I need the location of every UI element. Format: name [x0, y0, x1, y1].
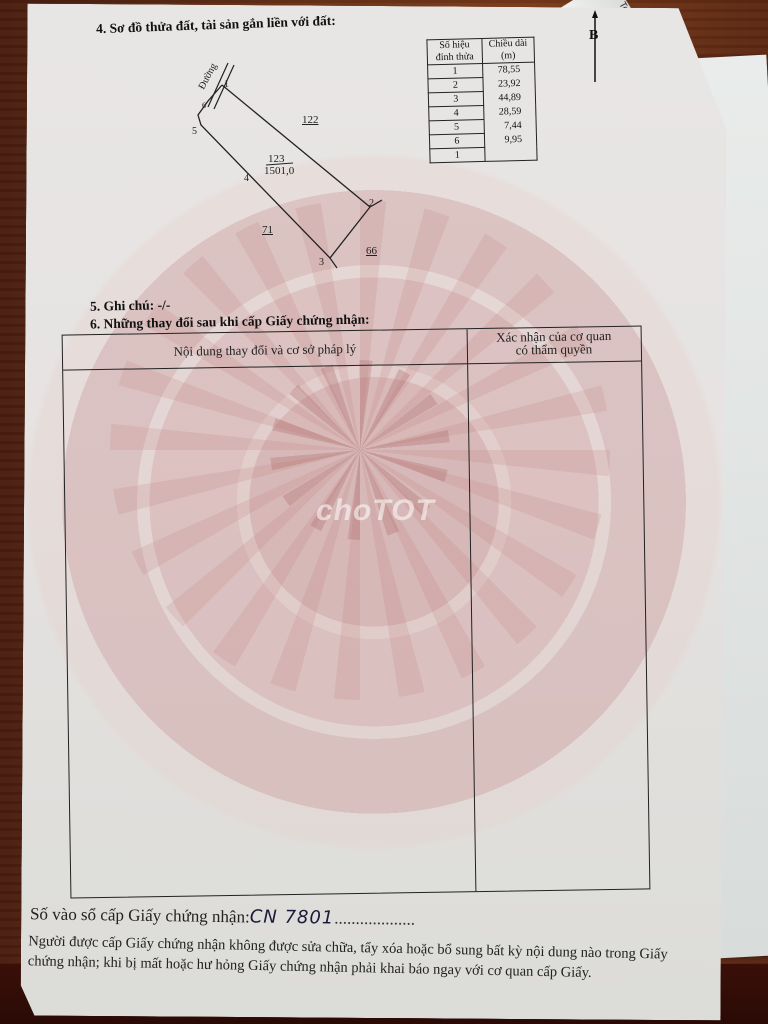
changes-table: Nội dung thay đổi và cơ sở pháp lý Xác n…: [62, 325, 651, 898]
edge-length: 9,95: [484, 132, 537, 147]
edge-length: [485, 146, 538, 161]
vertex-header: Số hiệu đỉnh thửa: [427, 38, 482, 64]
register-label: Số vào sổ cấp Giấy chứng nhận:: [30, 904, 250, 926]
edge-length: 23,92: [483, 76, 536, 91]
register-dots: ...................: [334, 909, 415, 929]
north-label: B: [589, 28, 598, 44]
vertex-number: 2: [428, 77, 483, 92]
edge-length-table: Số hiệu đỉnh thửa Chiều dài (m) 178,5522…: [426, 37, 537, 164]
vertex-number: 4: [429, 105, 484, 120]
parcel-number: 123: [268, 153, 285, 165]
edge-length: 44,89: [483, 90, 536, 105]
vertex-number: 6: [429, 133, 484, 148]
vertex-number: 5: [429, 119, 484, 134]
plot-diagram: Đường 1 2 3 4 5 6 123 1501,0 122 71 66: [180, 55, 400, 275]
vertex-number: 3: [428, 91, 483, 106]
edge-length: 28,59: [483, 104, 536, 119]
north-arrow-icon: [588, 10, 602, 82]
neighbor-parcel-122: 122: [302, 114, 319, 126]
vertex-3-label: 3: [319, 257, 324, 268]
parcel-area: 1501,0: [264, 165, 294, 177]
register-number: CN 7801: [250, 906, 335, 928]
edge-row: 1: [430, 146, 537, 163]
authority-header-line2: có thẩm quyền: [467, 341, 641, 357]
vertex-1-label: 1: [224, 79, 229, 90]
vertex-2-label: 2: [369, 198, 374, 209]
vertex-4-label: 4: [244, 173, 249, 184]
edge-length: 78,55: [482, 62, 535, 77]
column-divider: [467, 329, 477, 891]
edge-length: 7,44: [484, 118, 537, 133]
neighbor-parcel-66: 66: [366, 245, 377, 257]
neighbor-parcel-71: 71: [262, 224, 273, 236]
length-header: Chiều dài (m): [482, 37, 535, 63]
section-5-notes: 5. Ghi chú: -/-: [90, 297, 171, 314]
vertex-5-label: 5: [192, 126, 197, 137]
vertex-number: 1: [428, 63, 483, 78]
watermark-logo: choTOT: [316, 494, 435, 528]
vertex-number: 1: [430, 147, 485, 162]
authority-confirmation-header: Xác nhận của cơ quan có thẩm quyền: [467, 328, 641, 357]
vertex-6-label: 6: [202, 101, 206, 110]
